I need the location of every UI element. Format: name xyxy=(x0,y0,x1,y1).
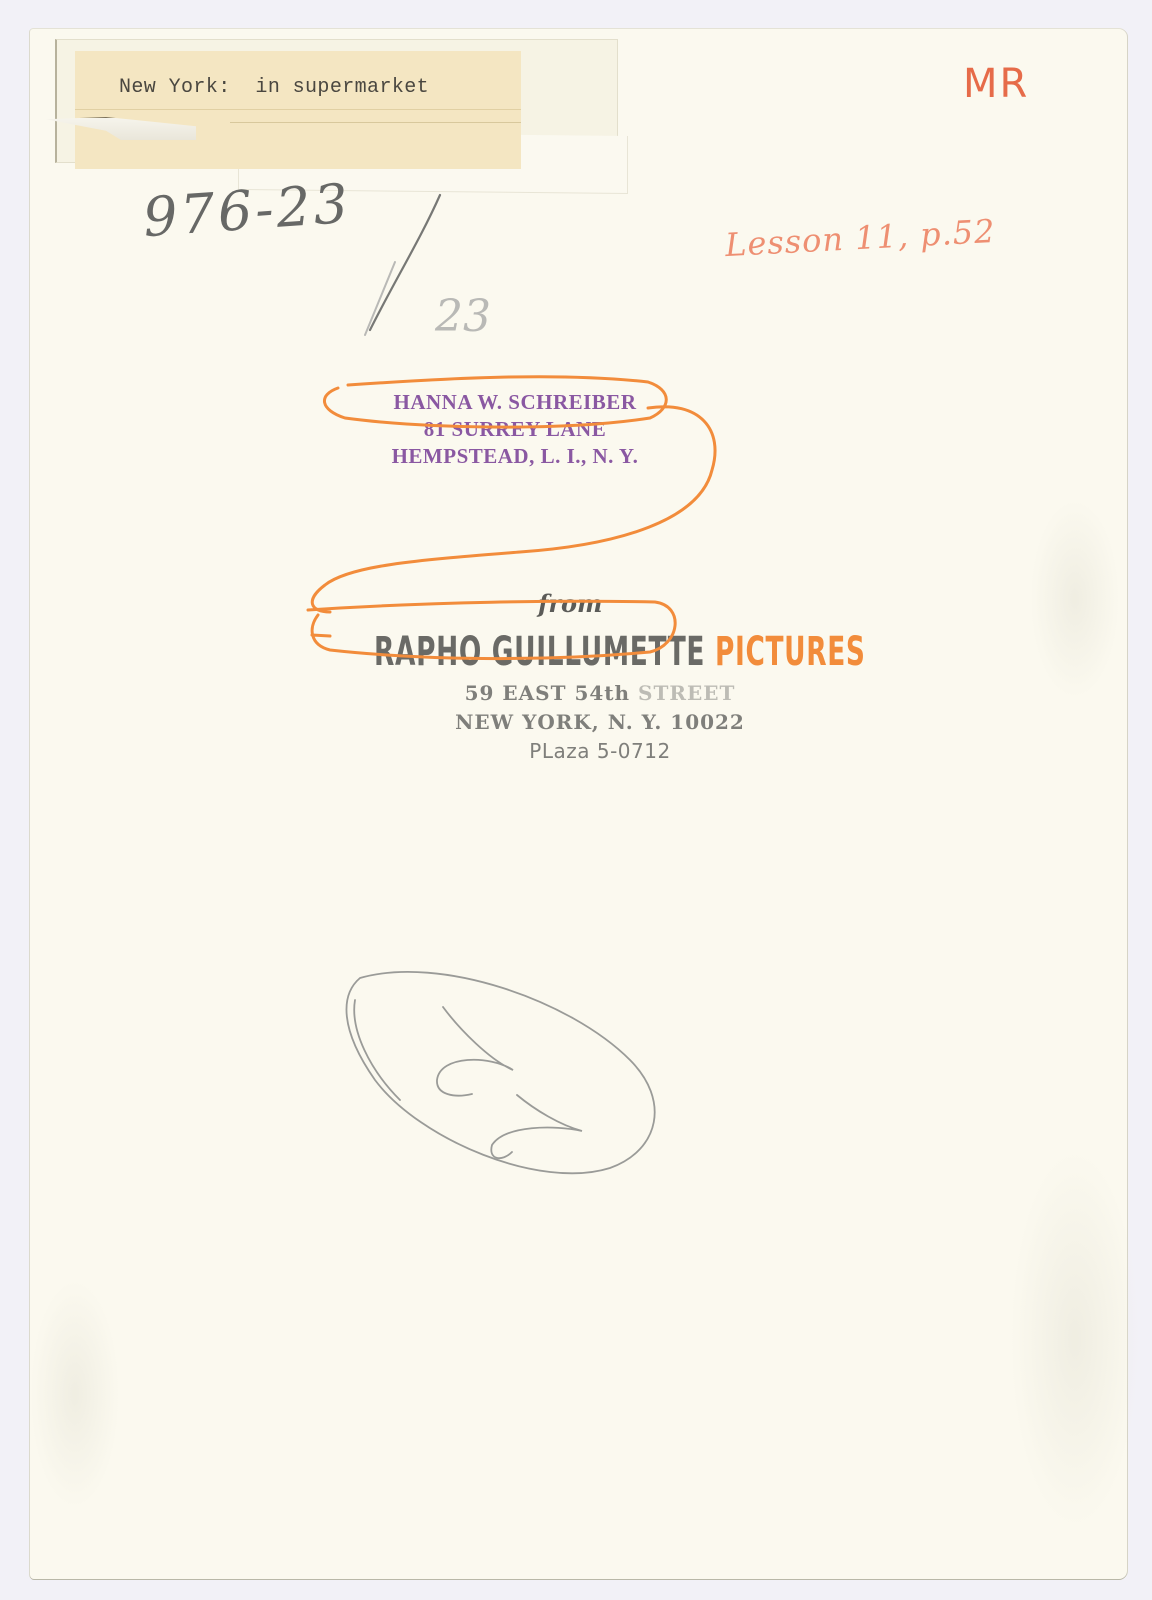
tape-fold-line xyxy=(75,109,521,110)
agency-address: 59 EAST 54th STREET NEW YORK, N. Y. 1002… xyxy=(390,679,810,766)
agency-name: RAPHO GUILLUMETTE PICTURES xyxy=(374,629,866,675)
agency-name-main: RAPHO GUILLUMETTE xyxy=(374,629,705,675)
agency-from: from xyxy=(538,589,602,618)
agency-city: NEW YORK, N. Y. 10022 xyxy=(390,708,810,737)
catalog-number: 976-23 xyxy=(141,172,353,249)
photographer-street: 81 SURREY LANE xyxy=(330,416,700,443)
paper-texture-patch xyxy=(1010,1149,1140,1529)
catalog-sub-number: 23 xyxy=(435,291,491,342)
agency-street-name-faded: STREET xyxy=(638,681,735,705)
photographer-stamp: HANNA W. SCHREIBER 81 SURREY LANE HEMPST… xyxy=(330,389,700,470)
caption-label: New York: in supermarket xyxy=(119,76,429,99)
agency-phone: PLaza 5-0712 xyxy=(390,737,810,766)
initials-mark: MR xyxy=(963,61,1029,107)
agency-name-pictures: PICTURES xyxy=(715,629,866,675)
agency-street-number: 59 EAST 54th xyxy=(465,681,630,705)
photographer-city: HEMPSTEAD, L. I., N. Y. xyxy=(330,443,700,470)
paper-texture-patch xyxy=(30,1279,120,1509)
tape-fold-line xyxy=(230,122,521,123)
paper-texture-patch xyxy=(1030,499,1120,699)
agency-street: 59 EAST 54th STREET xyxy=(390,679,810,708)
lesson-note: Lesson 11, p.52 xyxy=(724,212,996,264)
tape-label xyxy=(75,51,521,169)
photographer-name: HANNA W. SCHREIBER xyxy=(330,389,700,416)
photo-back-card: New York: in supermarket MR Lesson 11, p… xyxy=(30,29,1127,1579)
